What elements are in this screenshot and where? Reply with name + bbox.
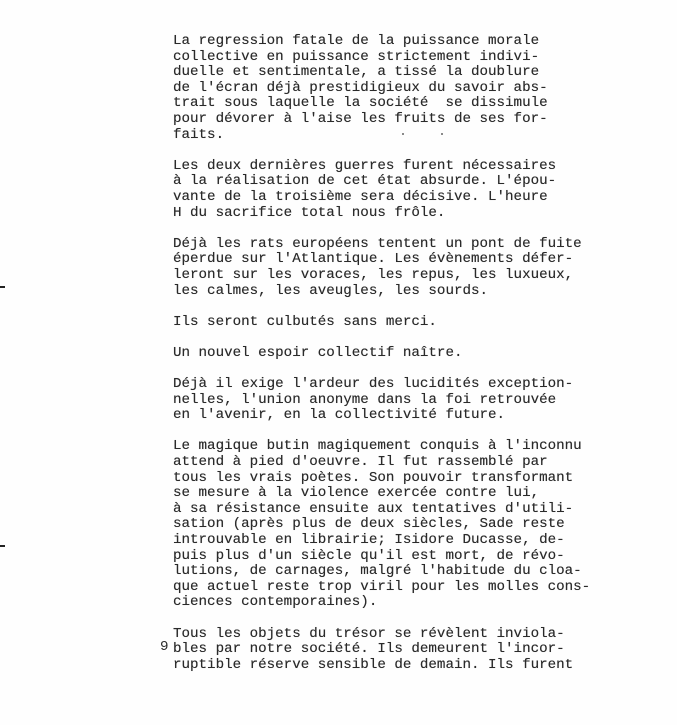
text-line: nelles, l'union anonyme dans la foi retr… [173, 393, 593, 409]
text-line: Un nouvel espoir collectif naître. [173, 346, 593, 362]
text-line: ciences contemporaines). [173, 595, 593, 611]
text-line: leront sur les voraces, les repus, les l… [173, 268, 593, 284]
text-line: duelle et sentimentale, a tissé la doubl… [173, 65, 593, 81]
text-line: bles par notre société. Ils demeurent l'… [173, 642, 593, 658]
margin-tick-mark [0, 286, 5, 288]
paragraph: Déjà les rats européens tentent un pont … [173, 237, 593, 299]
text-line: à la réalisation de cet état absurde. L'… [173, 174, 593, 190]
typewritten-page: La regression fatale de la puissance mor… [0, 0, 677, 725]
paragraph: Le magique butin magiquement conquis à l… [173, 439, 593, 611]
text-line: lutions, de carnages, malgré l'habitude … [173, 564, 593, 580]
text-line: trait sous laquelle la société se dissim… [173, 96, 593, 112]
text-line: ruptible réserve sensible de demain. Ils… [173, 658, 593, 674]
text-line: introuvable en librairie; Isidore Ducass… [173, 533, 593, 549]
text-line: puis plus d'un siècle qu'il est mort, de… [173, 549, 593, 565]
text-line: collective en puissance strictement indi… [173, 50, 593, 66]
text-line: sation (après plus de deux siècles, Sade… [173, 517, 593, 533]
text-line: H du sacrifice total nous frôle. [173, 206, 593, 222]
paragraph: Les deux dernières guerres furent nécess… [173, 159, 593, 221]
text-line: pour dévorer à l'aise les fruits de ses … [173, 112, 593, 128]
text-line: faits. [173, 128, 593, 144]
text-line: Le magique butin magiquement conquis à l… [173, 439, 593, 455]
paragraph: Un nouvel espoir collectif naître. [173, 346, 593, 362]
text-line: tous les vrais poètes. Son pouvoir trans… [173, 471, 593, 487]
body-text: La regression fatale de la puissance mor… [173, 34, 593, 689]
text-line: éperdue sur l'Atlantique. Les évènements… [173, 252, 593, 268]
paragraph: Déjà il exige l'ardeur des lucidités exc… [173, 377, 593, 424]
text-line: en l'avenir, en la collectivité future. [173, 408, 593, 424]
paragraph: Tous les objets du trésor se révèlent in… [173, 627, 593, 674]
text-line: Ils seront culbutés sans merci. [173, 315, 593, 331]
text-line: Les deux dernières guerres furent nécess… [173, 159, 593, 175]
paragraph: Ils seront culbutés sans merci. [173, 315, 593, 331]
page-number: 9 [160, 639, 169, 655]
text-line: La regression fatale de la puissance mor… [173, 34, 593, 50]
paragraph: La regression fatale de la puissance mor… [173, 34, 593, 143]
text-line: Tous les objets du trésor se révèlent in… [173, 627, 593, 643]
margin-tick-mark [0, 545, 5, 547]
text-line: vante de la troisième sera décisive. L'h… [173, 190, 593, 206]
text-line: se mesure à la violence exercée contre l… [173, 486, 593, 502]
text-line: les calmes, les aveugles, les sourds. [173, 284, 593, 300]
text-line: attend à pied d'oeuvre. Il fut rassemblé… [173, 455, 593, 471]
text-line: Déjà il exige l'ardeur des lucidités exc… [173, 377, 593, 393]
text-line: Déjà les rats européens tentent un pont … [173, 237, 593, 253]
